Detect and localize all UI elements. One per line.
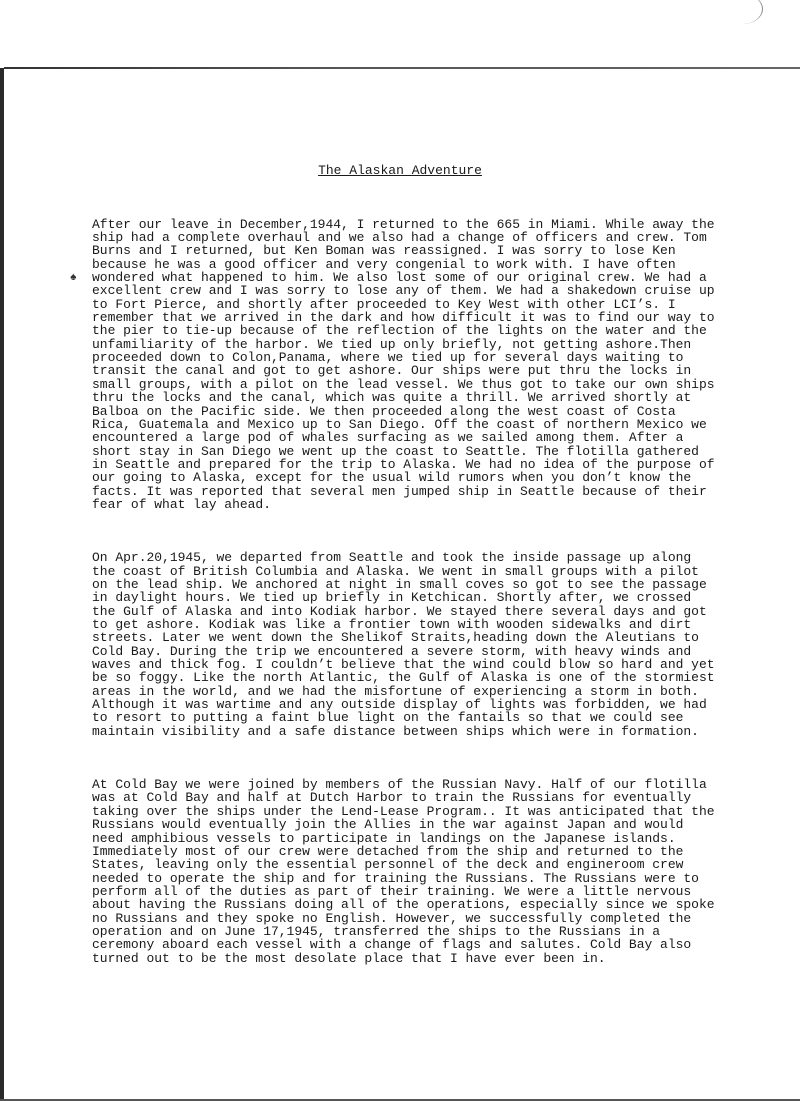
paragraph-3: At Cold Bay we were joined by members of… [92,778,732,965]
text-line: our going to Alaska, except for the usua… [92,471,732,484]
text-line: transit the canal and got to get ashore.… [92,364,732,377]
text-line: Russians would eventually join the Allie… [92,818,732,831]
text-line: turned out to be the most desolate place… [92,952,732,965]
text-line: Balboa on the Pacific side. We then proc… [92,405,732,418]
document-title: The Alaskan Adventure [0,163,800,178]
text-line: need amphibious vessels to participate i… [92,832,732,845]
margin-mark-icon: ♠ [70,272,77,284]
text-line: At Cold Bay we were joined by members of… [92,778,732,791]
text-line: remember that we arrived in the dark and… [92,311,732,324]
scan-corner-mark [722,0,763,24]
text-line: encountered a large pod of whales surfac… [92,431,732,444]
text-line: ship had a complete overhaul and we also… [92,231,732,244]
text-line: After our leave in December,1944, I retu… [92,218,732,231]
text-line: in Seattle and prepared for the trip to … [92,458,732,471]
text-line: needed to operate the ship and for train… [92,872,732,885]
text-line: no Russians and they spoke no English. H… [92,912,732,925]
document-body: After our leave in December,1944, I retu… [92,191,732,992]
text-line: about having the Russians doing all of t… [92,898,732,911]
text-line: waves and thick fog. I couldn’t believe … [92,658,732,671]
text-line: to get ashore. Kodiak was like a frontie… [92,618,732,631]
text-line: ceremony aboard each vessel with a chang… [92,938,732,951]
text-line: was at Cold Bay and half at Dutch Harbor… [92,791,732,804]
text-line: proceeded down to Colon,Panama, where we… [92,351,732,364]
text-line: because he was a good officer and very c… [92,258,732,271]
text-line: Cold Bay. During the trip we encountered… [92,645,732,658]
text-line: the coast of British Columbia and Alaska… [92,565,732,578]
text-line: excellent crew and I was sorry to lose a… [92,284,732,297]
text-line: the pier to tie-up because of the reflec… [92,324,732,337]
text-line: to resort to putting a faint blue light … [92,711,732,724]
text-line: streets. Later we went down the Shelikof… [92,631,732,644]
text-line: facts. It was reported that several men … [92,485,732,498]
text-line: fear of what lay ahead. [92,498,732,511]
paragraph-2: On Apr.20,1945, we departed from Seattle… [92,551,732,738]
paragraph-1: After our leave in December,1944, I retu… [92,218,732,512]
text-line: thru the locks and the canal, which was … [92,391,732,404]
text-line: on the lead ship. We anchored at night i… [92,578,732,591]
text-line: in daylight hours. We tied up briefly in… [92,591,732,604]
text-line: small groups, with a pilot on the lead v… [92,378,732,391]
text-line: States, leaving only the essential perso… [92,858,732,871]
text-line: Immediately most of our crew were detach… [92,845,732,858]
scan-left-edge [0,68,4,1101]
text-line: short stay in San Diego we went up the c… [92,445,732,458]
scan-top-rule [4,67,800,69]
text-line: the Gulf of Alaska and into Kodiak harbo… [92,605,732,618]
text-line: Rica, Guatemala and Mexico up to San Die… [92,418,732,431]
text-line: Burns and I returned, but Ken Boman was … [92,244,732,257]
text-line: operation and on June 17,1945, transferr… [92,925,732,938]
text-line: Although it was wartime and any outside … [92,698,732,711]
text-line: taking over the ships under the Lend-Lea… [92,805,732,818]
text-line: areas in the world, and we had the misfo… [92,685,732,698]
text-line: to Fort Pierce, and shortly after procee… [92,298,732,311]
text-line: wondered what happened to him. We also l… [92,271,732,284]
text-line: maintain visibility and a safe distance … [92,725,732,738]
text-line: perform all of the duties as part of the… [92,885,732,898]
text-line: On Apr.20,1945, we departed from Seattle… [92,551,732,564]
text-line: unfamiliarity of the harbor. We tied up … [92,338,732,351]
text-line: be so foggy. Like the north Atlantic, th… [92,671,732,684]
